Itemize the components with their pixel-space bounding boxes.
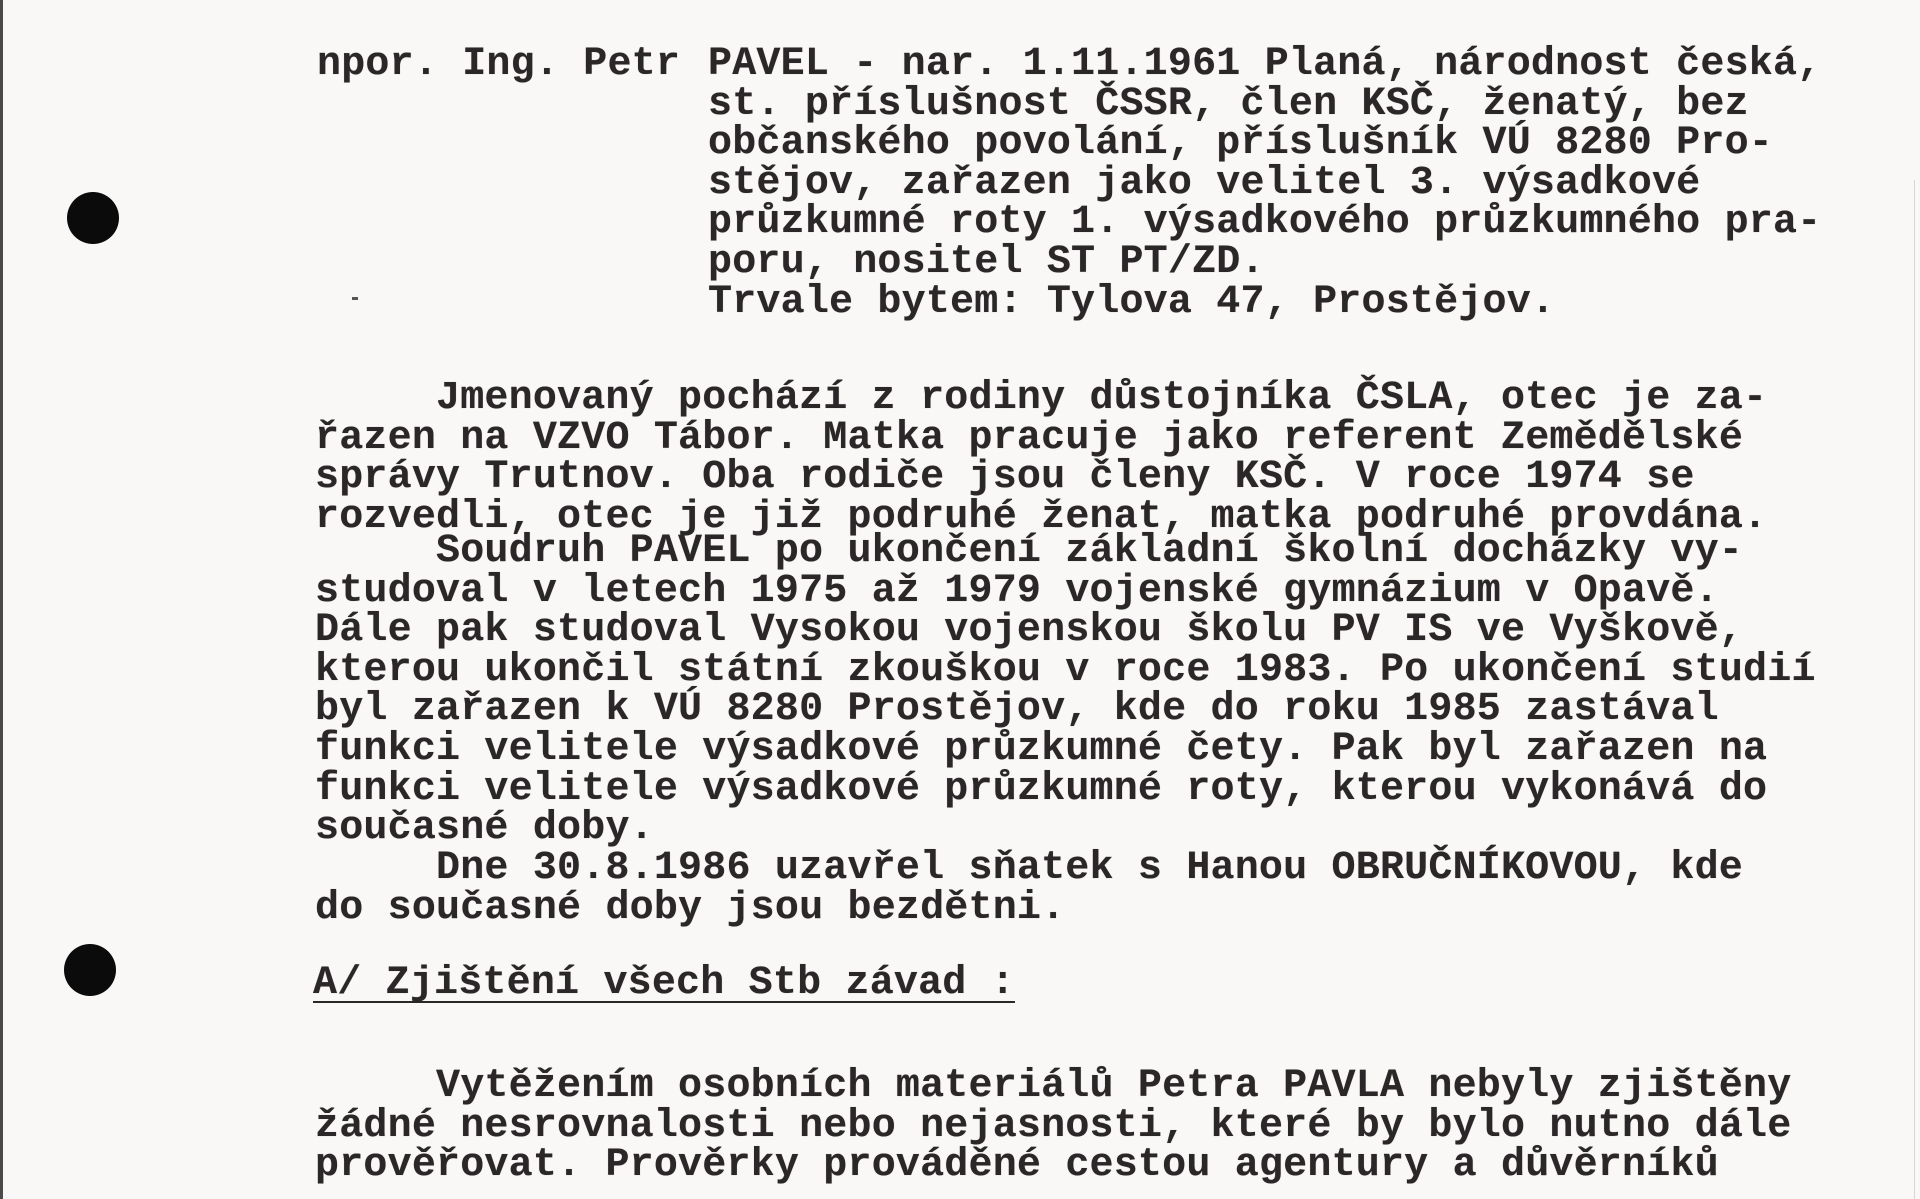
paragraph-line: řazen na VZVO Tábor. Matka pracuje jako …	[315, 419, 1743, 459]
paragraph-line: byl zařazen k VÚ 8280 Prostějov, kde do …	[315, 690, 1719, 730]
header-line: poru, nositel ST PT/ZD.	[708, 243, 1265, 283]
paragraph-line: Dne 30.8.1986 uzavřel sňatek s Hanou OBR…	[436, 849, 1743, 889]
section-paragraph-line: prověřovat. Prověrky prováděné cestou ag…	[315, 1146, 1719, 1186]
header-line: st. příslušnost ČSSR, člen KSČ, ženatý, …	[708, 85, 1749, 125]
paragraph-line: současné doby.	[315, 809, 654, 849]
header-line: PAVEL - nar. 1.11.1961 Planá, národnost …	[708, 45, 1821, 85]
header-line: Trvale bytem: Tylova 47, Prostějov.	[708, 283, 1555, 323]
paragraph-line: Dále pak studoval Vysokou vojenskou škol…	[315, 611, 1743, 651]
punch-hole-top	[67, 192, 119, 244]
paragraph-line: Jmenovaný pochází z rodiny důstojníka ČS…	[436, 379, 1767, 419]
header-line: průzkumné roty 1. výsadkového průzkumnéh…	[708, 203, 1821, 243]
header-line: občanského povolání, příslušník VÚ 8280 …	[708, 124, 1773, 164]
section-heading: A/ Zjištění všech Stb závad :	[313, 964, 1015, 1004]
scan-right-edge	[1914, 180, 1915, 1199]
section-paragraph-line: žádné nesrovnalosti nebo nejasnosti, kte…	[315, 1107, 1791, 1147]
paragraph-line: studoval v letech 1975 až 1979 vojenské …	[315, 572, 1719, 612]
punch-hole-bottom	[64, 944, 116, 996]
header-line: stějov, zařazen jako velitel 3. výsadkov…	[708, 164, 1700, 204]
paragraph-line: funkci velitele výsadkové průzkumné čety…	[315, 730, 1767, 770]
scan-left-edge	[0, 0, 3, 1199]
paragraph-line: správy Trutnov. Oba rodiče jsou členy KS…	[315, 458, 1695, 498]
ink-speck	[352, 297, 358, 300]
section-paragraph-line: Vytěžením osobních materiálů Petra PAVLA…	[436, 1067, 1791, 1107]
paragraph-line: funkci velitele výsadkové průzkumné roty…	[315, 770, 1767, 810]
paragraph-line: kterou ukončil státní zkouškou v roce 19…	[315, 651, 1816, 691]
paragraph-line: do současné doby jsou bezdětni.	[315, 889, 1065, 929]
header-rank-name: npor. Ing. Petr	[317, 45, 704, 85]
paragraph-line: Soudruh PAVEL po ukončení základní školn…	[436, 532, 1743, 572]
